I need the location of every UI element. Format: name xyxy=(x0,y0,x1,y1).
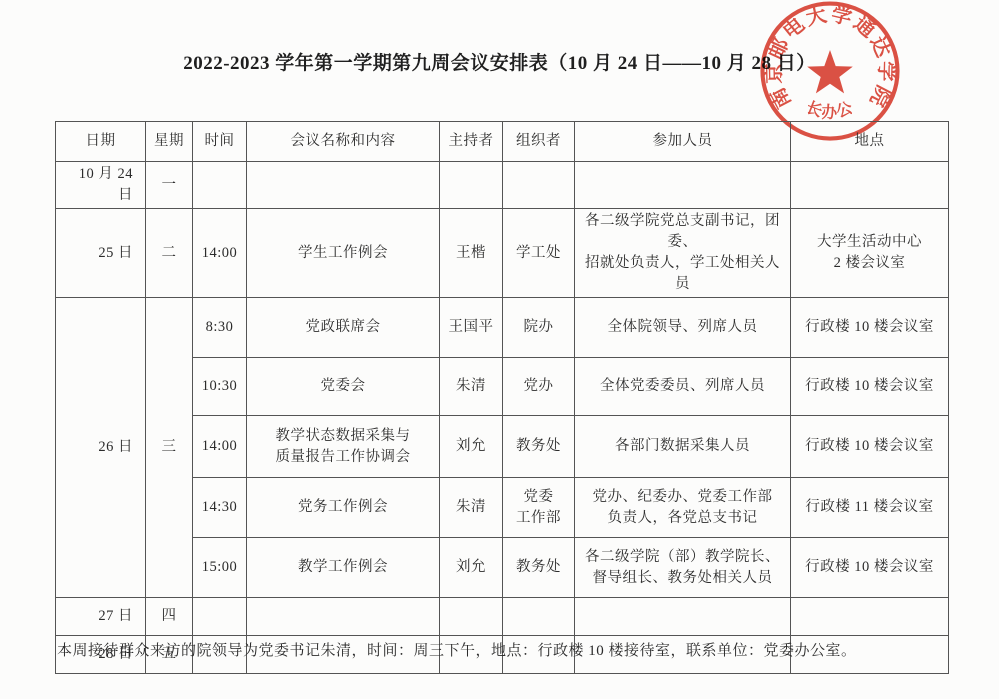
cell-location: 行政楼 10 楼会议室 xyxy=(791,298,949,358)
cell-host xyxy=(440,162,503,209)
cell-time: 14:00 xyxy=(193,416,247,478)
cell-meeting xyxy=(247,598,440,636)
cell-participants: 各二级学院党总支副书记，团委、 招就处负责人，学工处相关人员 xyxy=(575,209,791,298)
cell-participants: 各二级学院（部）教学院长、 督导组长、教务处相关人员 xyxy=(575,538,791,598)
cell-host: 王楷 xyxy=(440,209,503,298)
cell-organizer: 学工处 xyxy=(503,209,575,298)
cell-participants: 各部门数据采集人员 xyxy=(575,416,791,478)
cell-host: 朱清 xyxy=(440,478,503,538)
cell-week: 三 xyxy=(146,298,193,598)
cell-meeting: 教学状态数据采集与 质量报告工作协调会 xyxy=(247,416,440,478)
header-host: 主持者 xyxy=(440,122,503,162)
cell-location xyxy=(791,162,949,209)
cell-participants: 全体党委委员、列席人员 xyxy=(575,358,791,416)
header-row: 日期 星期 时间 会议名称和内容 主持者 组织者 参加人员 地点 xyxy=(56,122,949,162)
cell-time xyxy=(193,598,247,636)
scanned-document-page: 2022-2023 学年第一学期第九周会议安排表（10 月 24 日——10 月… xyxy=(0,0,999,699)
cell-meeting: 党政联席会 xyxy=(247,298,440,358)
cell-time xyxy=(193,162,247,209)
cell-location: 行政楼 10 楼会议室 xyxy=(791,538,949,598)
cell-host: 朱清 xyxy=(440,358,503,416)
cell-week: 二 xyxy=(146,209,193,298)
cell-organizer: 教务处 xyxy=(503,538,575,598)
cell-participants: 党办、纪委办、党委工作部 负责人，各党总支书记 xyxy=(575,478,791,538)
cell-time: 14:30 xyxy=(193,478,247,538)
cell-location xyxy=(791,598,949,636)
cell-organizer: 院办 xyxy=(503,298,575,358)
cell-time: 10:30 xyxy=(193,358,247,416)
cell-meeting: 学生工作例会 xyxy=(247,209,440,298)
cell-organizer xyxy=(503,162,575,209)
header-location: 地点 xyxy=(791,122,949,162)
cell-time: 15:00 xyxy=(193,538,247,598)
cell-location: 行政楼 11 楼会议室 xyxy=(791,478,949,538)
table-row: 27 日 四 xyxy=(56,598,949,636)
header-time: 时间 xyxy=(193,122,247,162)
cell-organizer: 党办 xyxy=(503,358,575,416)
cell-participants xyxy=(575,598,791,636)
cell-host: 刘允 xyxy=(440,416,503,478)
cell-meeting xyxy=(247,162,440,209)
cell-host: 王国平 xyxy=(440,298,503,358)
table-row: 10 月 24 日 一 xyxy=(56,162,949,209)
cell-date: 10 月 24 日 xyxy=(56,162,146,209)
cell-time: 8:30 xyxy=(193,298,247,358)
cell-date: 26 日 xyxy=(56,298,146,598)
table-row: 25 日 二 14:00 学生工作例会 王楷 学工处 各二级学院党总支副书记，团… xyxy=(56,209,949,298)
cell-participants xyxy=(575,162,791,209)
header-participants: 参加人员 xyxy=(575,122,791,162)
cell-week: 一 xyxy=(146,162,193,209)
cell-time: 14:00 xyxy=(193,209,247,298)
cell-host: 刘允 xyxy=(440,538,503,598)
cell-meeting: 党务工作例会 xyxy=(247,478,440,538)
cell-date: 27 日 xyxy=(56,598,146,636)
cell-meeting: 党委会 xyxy=(247,358,440,416)
schedule-table: 日期 星期 时间 会议名称和内容 主持者 组织者 参加人员 地点 10 月 24… xyxy=(55,121,949,674)
table-row: 26 日 三 8:30 党政联席会 王国平 院办 全体院领导、列席人员 行政楼 … xyxy=(56,298,949,358)
cell-participants: 全体院领导、列席人员 xyxy=(575,298,791,358)
page-title: 2022-2023 学年第一学期第九周会议安排表（10 月 24 日——10 月… xyxy=(0,48,999,75)
header-week: 星期 xyxy=(146,122,193,162)
cell-week: 四 xyxy=(146,598,193,636)
cell-location: 大学生活动中心 2 楼会议室 xyxy=(791,209,949,298)
header-date: 日期 xyxy=(56,122,146,162)
cell-date: 25 日 xyxy=(56,209,146,298)
header-meeting: 会议名称和内容 xyxy=(247,122,440,162)
header-organizer: 组织者 xyxy=(503,122,575,162)
cell-organizer xyxy=(503,598,575,636)
cell-organizer: 教务处 xyxy=(503,416,575,478)
cell-location: 行政楼 10 楼会议室 xyxy=(791,358,949,416)
cell-host xyxy=(440,598,503,636)
cell-meeting: 教学工作例会 xyxy=(247,538,440,598)
cell-location: 行政楼 10 楼会议室 xyxy=(791,416,949,478)
cell-organizer: 党委 工作部 xyxy=(503,478,575,538)
footer-note: 本周接待群众来访的院领导为党委书记朱清，时间：周三下午，地点：行政楼 10 楼接… xyxy=(57,639,857,660)
